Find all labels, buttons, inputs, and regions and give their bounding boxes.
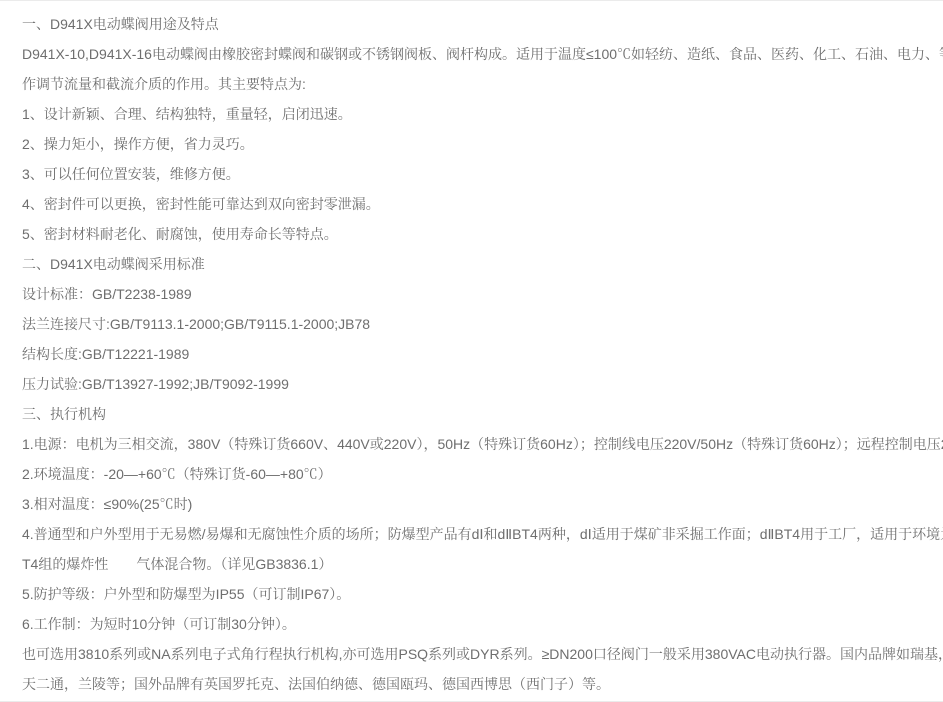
standard-pressure-test: 压力试验:GB/T13927-1992;JB/T9092-1999 [22,369,943,399]
feature-item-5: 5、密封材料耐老化、耐腐蚀，使用寿命长等特点。 [22,219,943,249]
actuator-spec-explosion-proof-line-1: 4.普通型和户外型用于无易燃/易爆和无腐蚀性介质的场所；防爆型产品有dⅠ和dⅡB… [22,519,943,549]
section1-intro-line-1: D941X-10,D941X-16电动蝶阀由橡胶密封蝶阀和碳钢或不锈钢阀板、阀杆… [22,39,943,69]
actuator-spec-power: 1.电源：电机为三相交流，380V（特殊订货660V、440V或220V），50… [22,429,943,459]
section2-heading: 二、D941X电动蝶阀采用标准 [22,249,943,279]
actuator-spec-ambient-temp: 2.环境温度：-20—+60℃（特殊订货-60—+80℃） [22,459,943,489]
standard-design: 设计标准：GB/T2238-1989 [22,279,943,309]
actuator-note-line-2: 天二通，兰陵等；国外品牌有英国罗托克、法国伯纳德、德国瓯玛、德国西博思（西门子）… [22,669,943,699]
feature-item-4: 4、密封件可以更换，密封性能可靠达到双向密封零泄漏。 [22,189,943,219]
feature-item-2: 2、操力矩小，操作方便，省力灵巧。 [22,129,943,159]
article-page: 一、D941X电动蝶阀用途及特点 D941X-10,D941X-16电动蝶阀由橡… [0,0,943,702]
standard-length: 结构长度:GB/T12221-1989 [22,339,943,369]
section3-heading: 三、执行机构 [22,399,943,429]
feature-item-3: 3、可以任何位置安装，维修方便。 [22,159,943,189]
actuator-spec-relative-humidity: 3.相对温度：≤90%(25℃时) [22,489,943,519]
actuator-spec-explosion-proof-line-2: T4组的爆炸性 气体混合物。（详见GB3836.1） [22,549,943,579]
actuator-spec-protection-class: 5.防护等级：户外型和防爆型为IP55（可订制IP67）。 [22,579,943,609]
actuator-spec-duty-cycle: 6.工作制：为短时10分钟（可订制30分钟）。 [22,609,943,639]
feature-item-1: 1、设计新颖、合理、结构独特，重量轻，启闭迅速。 [22,99,943,129]
section1-intro-line-2: 作调节流量和截流介质的作用。其主要特点为: [22,69,943,99]
section1-heading: 一、D941X电动蝶阀用途及特点 [22,9,943,39]
actuator-note-line-1: 也可选用3810系列或NA系列电子式角行程执行机构,亦可选用PSQ系列或DYR系… [22,639,943,669]
standard-flange: 法兰连接尺寸:GB/T9113.1-2000;GB/T9115.1-2000;J… [22,309,943,339]
